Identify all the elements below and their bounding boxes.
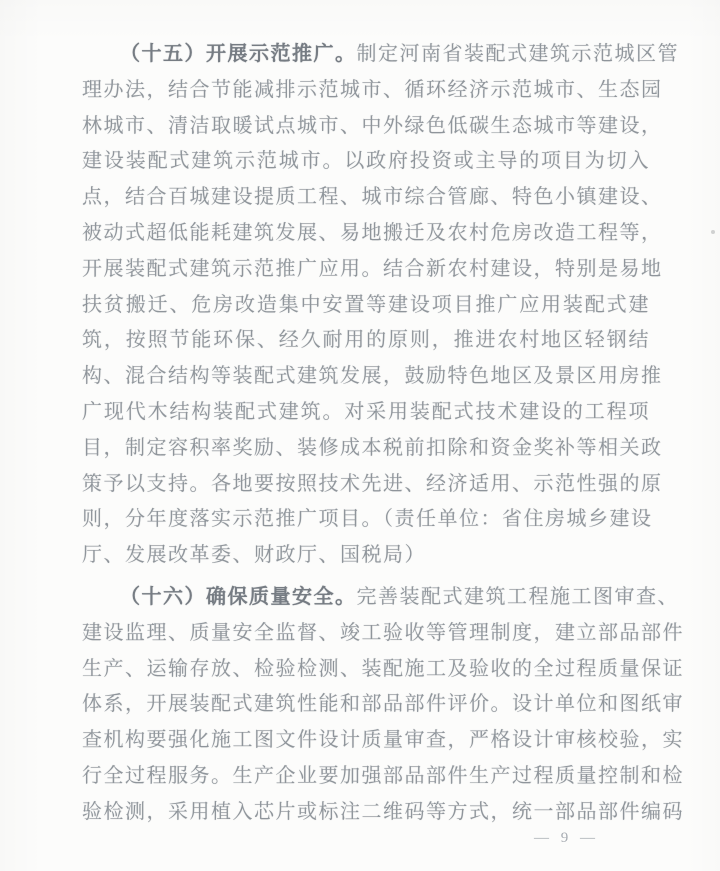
section-16-heading: （十六）确保质量安全。 bbox=[120, 586, 357, 608]
text-line: 验检测，采用植入芯片或标注二维码等方式，统一部品部件编码 bbox=[82, 795, 650, 831]
text-line: 体系，开展装配式建筑性能和部品部件评价。设计单位和图纸审 bbox=[82, 687, 650, 723]
text-line: 筑，按照节能环保、经久耐用的原则，推进农村地区轻钢结 bbox=[82, 323, 650, 359]
text-line: 则，分年度落实示范推广项目。（责任单位：省住房城乡建设 bbox=[82, 502, 650, 538]
text-line: 查机构要强化施工图文件设计质量审查，严格设计审核校验，实 bbox=[82, 723, 650, 759]
text-line-segment: 制定河南省装配式建筑示范城区管 bbox=[357, 43, 680, 65]
paragraph-15-heading-line: （十五）开展示范推广。制定河南省装配式建筑示范城区管 bbox=[82, 37, 650, 73]
text-line: 点，结合百城建设提质工程、城市综合管廊、特色小镇建设、 bbox=[82, 180, 650, 216]
text-line: 策予以支持。各地要按照技术先进、经济适用、示范性强的原 bbox=[82, 467, 650, 503]
paragraph-16-heading-line: （十六）确保质量安全。完善装配式建筑工程施工图审查、 bbox=[82, 580, 650, 616]
text-line: 被动式超低能耗建筑发展、易地搬迁及农村危房改造工程等， bbox=[82, 216, 650, 252]
text-line: 构、混合结构等装配式建筑发展，鼓励特色地区及景区用房推 bbox=[82, 359, 650, 395]
text-line: 建设监理、质量安全监督、竣工验收等管理制度，建立部品部件 bbox=[82, 616, 650, 652]
text-line-segment: 完善装配式建筑工程施工图审查、 bbox=[357, 586, 680, 608]
text-line: 开展装配式建筑示范推广应用。结合新农村建设，特别是易地 bbox=[82, 252, 650, 288]
scan-speck bbox=[711, 230, 715, 234]
text-line: 建设装配式建筑示范城市。以政府投资或主导的项目为切入 bbox=[82, 144, 650, 180]
text-line: 生产、运输存放、检验检测、装配施工及验收的全过程质量保证 bbox=[82, 652, 650, 688]
page-number: — 9 — bbox=[534, 830, 599, 847]
text-line: 目，制定容积率奖励、装修成本税前扣除和资金奖补等相关政 bbox=[82, 431, 650, 467]
text-line: 林城市、清洁取暖试点城市、中外绿色低碳生态城市等建设， bbox=[82, 109, 650, 145]
text-line-paragraph-end: 厅、发展改革委、财政厅、国税局） bbox=[82, 538, 650, 574]
text-line: 理办法，结合节能减排示范城市、循环经济示范城市、生态园 bbox=[82, 73, 650, 109]
section-15-heading: （十五）开展示范推广。 bbox=[120, 43, 357, 65]
text-line: 行全过程服务。生产企业要加强部品部件生产过程质量控制和检 bbox=[82, 759, 650, 795]
document-text-block: （十五）开展示范推广。制定河南省装配式建筑示范城区管 理办法，结合节能减排示范城… bbox=[82, 37, 650, 831]
text-line: 扶贫搬迁、危房改造集中安置等建设项目推广应用装配式建 bbox=[82, 288, 650, 324]
text-line: 广现代木结构装配式建筑。对采用装配式技术建设的工程项 bbox=[82, 395, 650, 431]
